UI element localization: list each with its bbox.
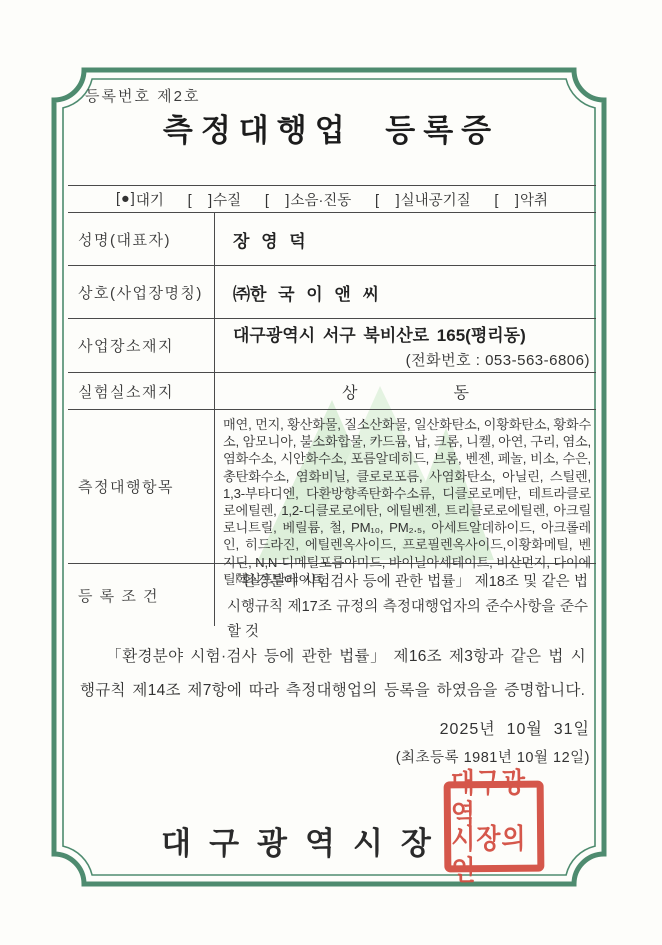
category-label: 실내공기질 — [401, 189, 471, 210]
category-label: 수질 — [213, 189, 241, 210]
first-registration-date: (최초등록 1981년 10월 12일) — [396, 746, 590, 767]
issuer-signature: 대구광역시장 — [150, 822, 460, 866]
seal-text-line1: 대구광역 — [450, 767, 537, 830]
category-row: [●]대기 [ ]수질 [ ]소음·진동 [ ]실내공기질 [ ]악취 — [68, 186, 596, 213]
certificate-title: 측정대행업 등록증 — [0, 111, 662, 151]
official-seal: 대구광역 시장의인 — [444, 781, 545, 873]
representative-name: 장 영 덕 — [215, 213, 596, 265]
category-item-air: [●]대기 — [116, 189, 164, 210]
registration-condition: 「환경분야 시험검사 등에 관한 법률」 제18조 및 같은 법 시행규칙 제1… — [215, 564, 596, 626]
row-label: 상호(사업장명칭) — [68, 266, 215, 318]
category-item-indoor-air: [ ]실내공기질 — [375, 189, 471, 210]
empty-checkbox: [ ] — [265, 189, 291, 210]
row-label: 등 록 조 건 — [68, 564, 215, 626]
row-label: 성명(대표자) — [68, 213, 215, 265]
row-label: 사업장소재지 — [68, 319, 215, 372]
category-item-water: [ ]수질 — [188, 189, 242, 210]
certificate-table: [●]대기 [ ]수질 [ ]소음·진동 [ ]실내공기질 [ ]악취 성명(대… — [68, 185, 596, 626]
category-label: 소음·진동 — [290, 189, 351, 210]
table-row-business-address: 사업장소재지 대구광역시 서구 북비산로 165(평리동) (전화번호 : 05… — [68, 319, 596, 373]
row-label: 실험실소재지 — [68, 373, 215, 409]
category-label: 대기 — [136, 189, 164, 210]
business-address: 대구광역시 서구 북비산로 165(평리동) — [233, 321, 590, 346]
seal-text-line2: 시장의인 — [451, 823, 538, 886]
table-row-measurement-items: 측정대행항목 매연, 먼지, 황산화물, 질소산화물, 일산화탄소, 이황화탄소… — [68, 410, 596, 564]
table-row-registration-condition: 등 록 조 건 「환경분야 시험검사 등에 관한 법률」 제18조 및 같은 법… — [68, 564, 596, 626]
table-row-company: 상호(사업장명칭) ㈜한 국 이 앤 씨 — [68, 266, 596, 319]
table-row-lab-address: 실험실소재지 상 동 — [68, 373, 596, 410]
category-item-noise-vibration: [ ]소음·진동 — [265, 189, 351, 210]
certificate-page: 등록번호 제2호 측정대행업 등록증 [●]대기 [ ]수질 [ ]소음·진동 … — [0, 0, 662, 945]
category-label: 악취 — [520, 189, 548, 210]
date-block: 2025년 10월 31일 (최초등록 1981년 10월 12일) — [396, 716, 590, 767]
row-label: 측정대행항목 — [68, 410, 215, 563]
empty-checkbox: [ ] — [188, 189, 214, 210]
table-row-representative: 성명(대표자) 장 영 덕 — [68, 213, 596, 266]
company-name: ㈜한 국 이 앤 씨 — [215, 266, 596, 318]
lab-address: 상 동 — [215, 373, 596, 409]
business-address-cell: 대구광역시 서구 북비산로 165(평리동) (전화번호 : 053-563-6… — [215, 319, 596, 372]
phone-number: (전화번호 : 053-563-6806) — [233, 349, 590, 370]
empty-checkbox: [ ] — [375, 189, 401, 210]
issue-date: 2025년 10월 31일 — [396, 716, 590, 739]
checked-checkbox: [●] — [116, 191, 136, 207]
registration-number: 등록번호 제2호 — [85, 85, 200, 106]
certification-statement: 「환경분야 시험·검사 등에 관한 법률」 제16조 제3항과 같은 법 시행규… — [80, 640, 586, 708]
category-item-odor: [ ]악취 — [494, 189, 548, 210]
empty-checkbox: [ ] — [494, 189, 520, 210]
measurement-items-list: 매연, 먼지, 황산화물, 질소산화물, 일산화탄소, 이황화탄소, 황화수소,… — [215, 410, 596, 563]
